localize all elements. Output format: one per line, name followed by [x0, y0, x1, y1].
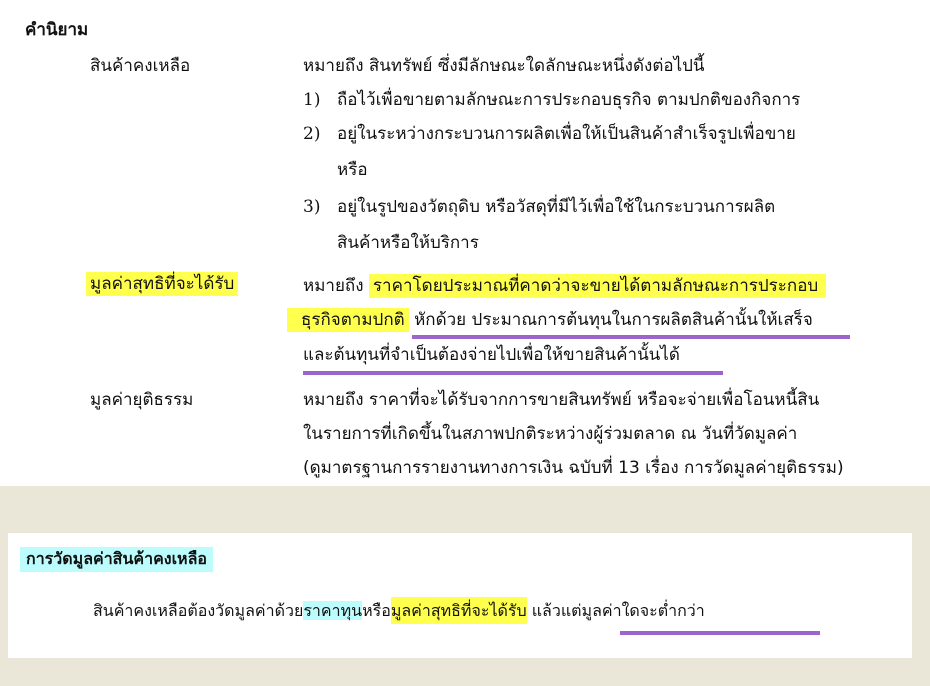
definition-nrv-line-3: และต้นทุนที่จำเป็นต้องจ่ายไปเพื่อให้ขายส… [303, 341, 680, 368]
nrv-highlight: มูลค่าสุทธิที่จะได้รับ [391, 597, 527, 624]
definition-item-2: 2)อยู่ในระหว่างกระบวนการผลิตเพื่อให้เป็น… [303, 120, 796, 147]
purple-underline [303, 371, 723, 375]
definition-inventory-intro: หมายถึง สินทรัพย์ ซึ่งมีลักษณะใดลักษณะหน… [303, 52, 705, 79]
item-text: ถือไว้เพื่อขายตามลักษณะการประกอบธุรกิจ ต… [337, 90, 800, 110]
measurement-title: การวัดมูลค่าสินค้าคงเหลือ [20, 547, 213, 572]
term-inventory: สินค้าคงเหลือ [90, 52, 190, 79]
definition-nrv-line-2: ธุรกิจตามปกติ หักด้วย ประมาณการต้นทุนในก… [287, 306, 813, 333]
highlighted-text: ธุรกิจตามปกติ [287, 308, 409, 332]
term-net-realizable-value: มูลค่าสุทธิที่จะได้รับ [86, 270, 238, 297]
definition-text: หักด้วย ประมาณการต้นทุนในการผลิตสินค้านั… [414, 310, 813, 330]
measurement-rule: สินค้าคงเหลือต้องวัดมูลค่าด้วยราคาทุนหรื… [93, 599, 705, 624]
rule-text: แล้วแต่มูลค่าใดจะต่ำกว่า [527, 601, 705, 620]
rule-text: หรือ [362, 601, 391, 620]
purple-underline [620, 631, 820, 635]
definition-item-3: 3)อยู่ในรูปของวัตถุดิบ หรือวัสดุที่มีไว้… [303, 193, 775, 220]
cost-highlight: ราคาทุน [303, 601, 362, 620]
definition-item-3-cont: สินค้าหรือให้บริการ [337, 229, 479, 256]
item-number: 3) [303, 197, 337, 217]
item-text: อยู่ในระหว่างกระบวนการผลิตเพื่อให้เป็นสิ… [337, 124, 796, 144]
section-title: คำนิยาม [25, 16, 88, 43]
definition-item-1: 1)ถือไว้เพื่อขายตามลักษณะการประกอบธุรกิจ… [303, 86, 800, 113]
definition-nrv-line-1: หมายถึง ราคาโดยประมาณที่คาดว่าจะขายได้ตา… [303, 272, 826, 299]
item-text: อยู่ในรูปของวัตถุดิบ หรือวัสดุที่มีไว้เพ… [337, 197, 775, 217]
measurement-card: การวัดมูลค่าสินค้าคงเหลือ สินค้าคงเหลือต… [8, 533, 912, 658]
purple-underline [412, 335, 850, 339]
definition-fair-value-line-3: (ดูมาตรฐานการรายงานทางการเงิน ฉบับที่ 13… [303, 454, 844, 481]
definition-item-2-cont: หรือ [337, 156, 368, 183]
term-highlight: มูลค่าสุทธิที่จะได้รับ [86, 272, 238, 296]
definitions-section: คำนิยาม สินค้าคงเหลือ หมายถึง สินทรัพย์ … [0, 0, 930, 486]
definition-fair-value-line-2: ในรายการที่เกิดขึ้นในสภาพปกติระหว่างผู้ร… [303, 420, 797, 447]
highlighted-text: ราคาโดยประมาณที่คาดว่าจะขายได้ตามลักษณะก… [369, 274, 826, 298]
item-number: 2) [303, 124, 337, 144]
item-number: 1) [303, 90, 337, 110]
definition-prefix: หมายถึง [303, 276, 364, 296]
term-fair-value: มูลค่ายุติธรรม [90, 386, 193, 413]
definition-fair-value-line-1: หมายถึง ราคาที่จะได้รับจากการขายสินทรัพย… [303, 386, 819, 413]
rule-text: สินค้าคงเหลือต้องวัดมูลค่าด้วย [93, 601, 303, 620]
